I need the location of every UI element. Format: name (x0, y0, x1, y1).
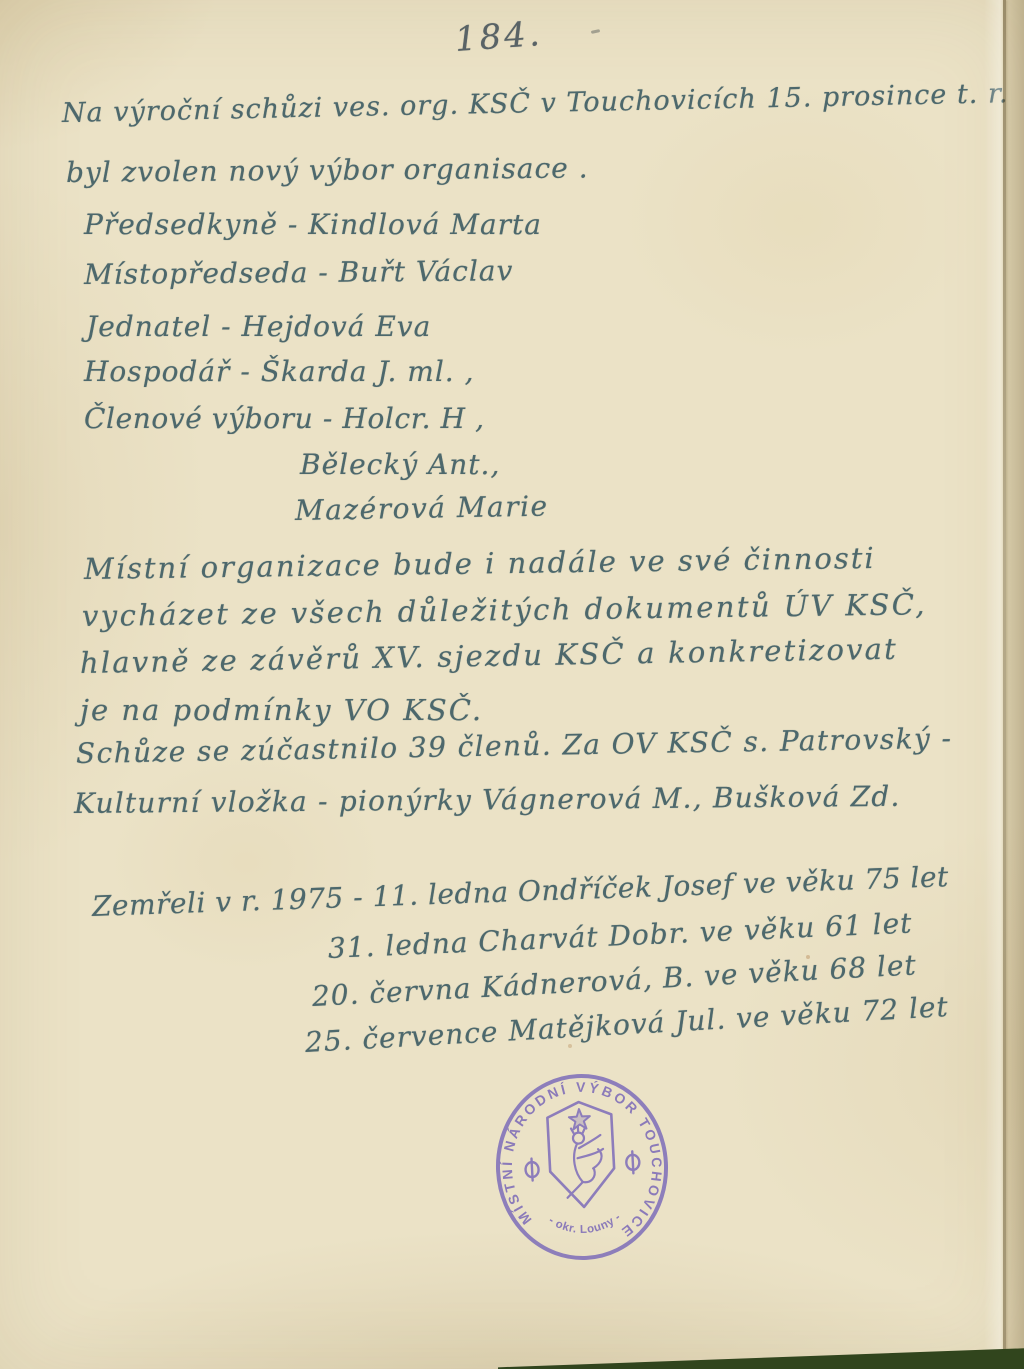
stamp-text-bottom-path: - okr. Louny - (546, 1211, 624, 1238)
stamp-ornament-left (525, 1158, 539, 1181)
stamp-text-top-path: MÍSTNÍ NÁRODNÍ VÝBOR TOUCHOVICE (494, 1074, 669, 1248)
page-number: 184. (454, 14, 544, 60)
handwritten-line-culture: Kulturní vložka - pionýrky Vágnerová M.,… (74, 780, 901, 820)
stamp-ornament-right (626, 1151, 640, 1174)
handwritten-line-attendance: Schůze se zúčastnilo 39 členů. Za OV KSČ… (76, 722, 953, 770)
stamp-text-bottom: - okr. Louny - (546, 1211, 624, 1238)
committee-line-members: Členové výboru - Holcr. H , (84, 402, 485, 435)
handwritten-line-meeting-intro: Na výroční schůzi ves. org. KSČ v Toucho… (62, 78, 1009, 129)
committee-line-secretary: Jednatel - Hejdová Eva (86, 310, 431, 343)
state-emblem-icon (547, 1100, 616, 1208)
handwritten-line-activity3: hlavně ze závěrů XV. sjezdu KSČ a konkre… (80, 632, 899, 680)
handwritten-line-activity1: Místní organizace bude i nadále ve své č… (84, 541, 876, 586)
handwritten-line-activity2: vycházet ze všech důležitých dokumentů Ú… (82, 587, 927, 633)
paper-speck (568, 1044, 572, 1048)
pen-mark (591, 29, 600, 34)
stamp-text-top: MÍSTNÍ NÁRODNÍ VÝBOR TOUCHOVICE (494, 1074, 669, 1248)
committee-line-vicechairman: Místopředseda - Buřt Václav (84, 254, 514, 291)
official-stamp: MÍSTNÍ NÁRODNÍ VÝBOR TOUCHOVICE - okr. L… (487, 1067, 677, 1266)
emblem-star-icon (568, 1109, 590, 1130)
committee-line-member3: Mazérová Marie (295, 490, 549, 527)
page-right-edge (1006, 0, 1024, 1369)
committee-line-member2: Bělecký Ant., (300, 448, 500, 481)
chronicle-page: 184. Na výroční schůzi ves. org. KSČ v T… (0, 0, 1024, 1369)
table-background-corner (498, 1341, 1024, 1369)
handwritten-line-meeting-intro2: byl zvolen nový výbor organisace . (66, 151, 589, 189)
handwritten-line-activity4: je na podmínky VO KSČ. (80, 693, 483, 727)
committee-line-treasurer: Hospodář - Škarda J. ml. , (84, 355, 475, 388)
committee-line-chairwoman: Předsedkyně - Kindlová Marta (84, 208, 542, 241)
page-fold-highlight (984, 0, 1003, 1369)
